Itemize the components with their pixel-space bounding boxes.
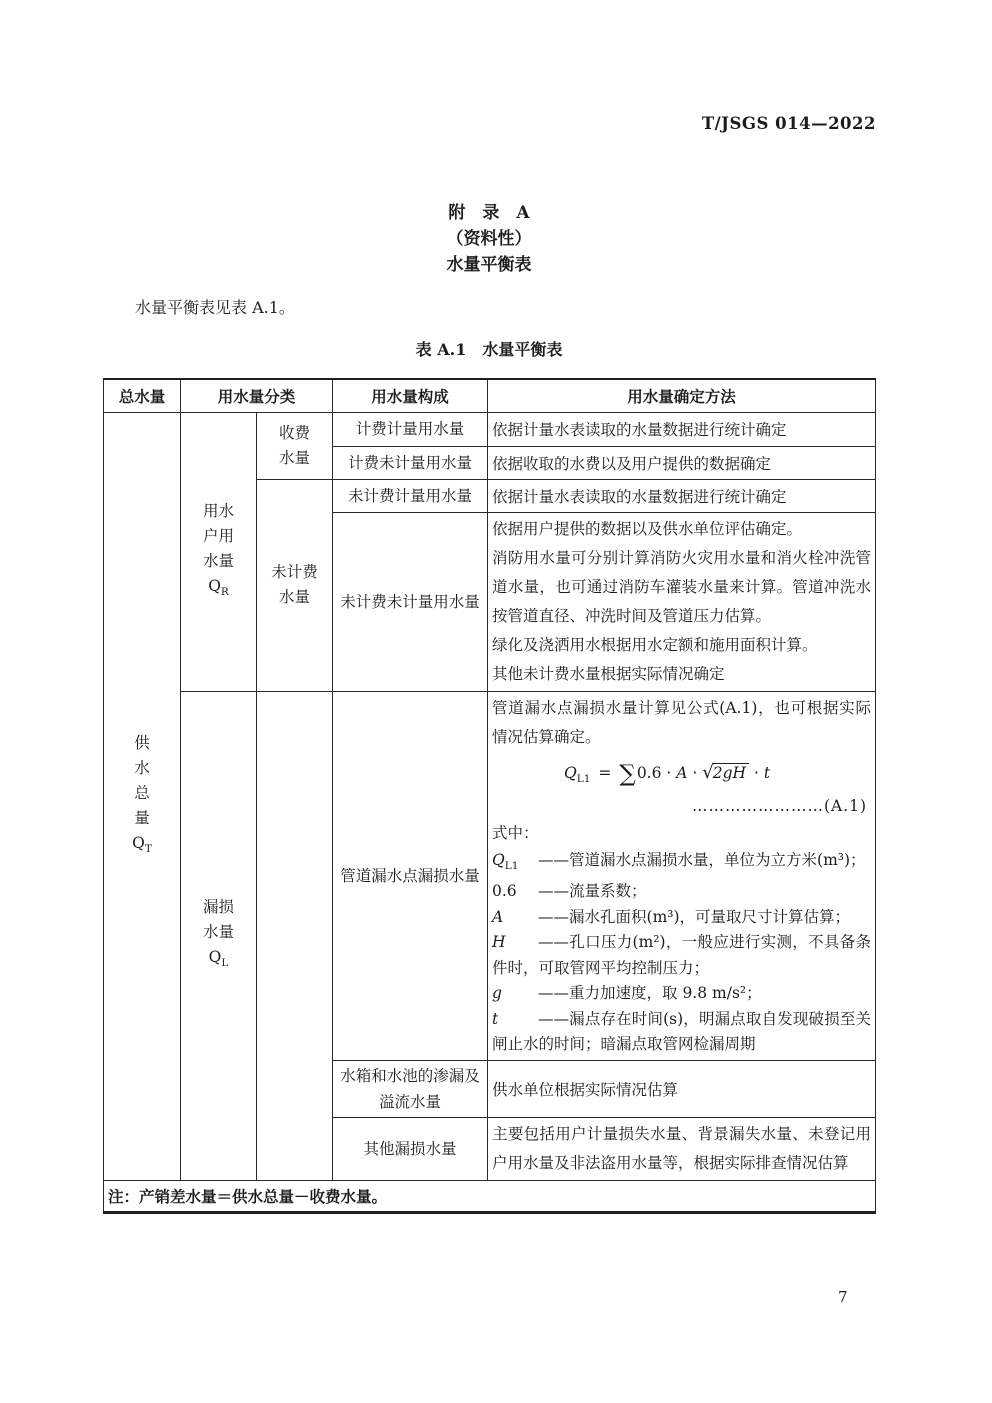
method-paragraph: 依据用户提供的数据以及供水单位评估确定。 xyxy=(492,515,871,544)
sigma-symbol: ∑ xyxy=(619,761,635,787)
user-consumption-label: 用水 户用 水量 xyxy=(185,499,252,574)
formula-intro: 管道漏水点漏损水量计算见公式(A.1)，也可根据实际情况估算确定。 xyxy=(492,694,871,752)
formula-definition: A——漏水孔面积(m³)，可量取尺寸计算估算； xyxy=(492,905,871,931)
cell-loss-spacer xyxy=(257,691,333,1180)
table-note: 注：产销差水量＝供水总量－收费水量。 xyxy=(104,1180,876,1212)
formula-a1: QL1=∑0.6 · A · √2gH · t xyxy=(564,758,871,794)
cell-method-r4: 依据用户提供的数据以及供水单位评估确定。 消防用水量可分别计算消防火灾用水量和消… xyxy=(488,512,876,691)
appendix-title-line2: （资料性） xyxy=(103,226,875,252)
total-supply-label: 供 水 总 量 xyxy=(108,731,176,831)
formula-definition: 0.6——流量系数； xyxy=(492,879,871,905)
cell-composition-r7: 其他漏损水量 xyxy=(333,1117,488,1180)
loss-water-label: 漏损 水量 xyxy=(185,895,252,945)
page-number: 7 xyxy=(838,1288,848,1306)
cell-composition-r1: 计费计量用水量 xyxy=(333,412,488,446)
note-label: 注： xyxy=(108,1187,139,1206)
intro-paragraph: 水量平衡表见表 A.1。 xyxy=(135,295,295,318)
document-page: T/JSGS 014—2022 附 录 A （资料性） 水量平衡表 水量平衡表见… xyxy=(0,0,992,1403)
formula-definition: H——孔口压力(m²)，一般应进行实测，不具备条件时，可取管网平均控制压力； xyxy=(492,930,871,981)
cell-composition-r4: 未计费未计量用水量 xyxy=(333,512,488,691)
cell-total-supply: 供 水 总 量 QT xyxy=(104,412,181,1180)
note-row: 注：产销差水量＝供水总量－收费水量。 xyxy=(104,1180,876,1212)
formula-definition: QL1——管道漏水点漏损水量，单位为立方米(m³)； xyxy=(492,848,871,880)
doc-number: T/JSGS 014—2022 xyxy=(702,114,876,133)
formula-definition: g——重力加速度，取 9.8 m/s²； xyxy=(492,981,871,1007)
note-text: 产销差水量＝供水总量－收费水量。 xyxy=(139,1187,387,1206)
cell-composition-r6: 水箱和水池的渗漏及 溢流水量 xyxy=(333,1060,488,1117)
cell-method-r6: 供水单位根据实际情况估算 xyxy=(488,1060,876,1117)
header-row: 总水量 用水量分类 用水量构成 用水量确定方法 xyxy=(104,379,876,412)
billed-water-label: 收费 水量 xyxy=(261,421,328,471)
header-total: 总水量 xyxy=(104,379,181,412)
formula-number: ……………………(A.1) xyxy=(492,794,871,818)
appendix-title: 附 录 A （资料性） 水量平衡表 xyxy=(103,200,875,278)
cell-loss-water: 漏损 水量 QL xyxy=(181,691,257,1180)
formula-definition: t——漏点存在时间(s)，明漏点取自发现破损至关闸止水的时间；暗漏点取管网检漏周… xyxy=(492,1007,871,1058)
loss-water-symbol: QL xyxy=(185,945,252,976)
method-paragraph: 绿化及浇洒用水根据用水定额和施用面积计算。 xyxy=(492,631,871,660)
cell-composition-r2: 计费未计量用水量 xyxy=(333,446,488,479)
where-label: 式中： xyxy=(492,820,871,846)
cell-composition-r5: 管道漏水点漏损水量 xyxy=(333,691,488,1060)
cell-method-r1: 依据计量水表读取的水量数据进行统计确定 xyxy=(488,412,876,446)
header-composition: 用水量构成 xyxy=(333,379,488,412)
cell-method-r5: 管道漏水点漏损水量计算见公式(A.1)，也可根据实际情况估算确定。 QL1=∑0… xyxy=(488,691,876,1060)
appendix-title-line3: 水量平衡表 xyxy=(103,252,875,278)
method-paragraph: 消防用水量可分别计算消防火灾用水量和消火栓冲洗管道水量，也可通过消防车灌装水量来… xyxy=(492,544,871,631)
user-consumption-symbol: QR xyxy=(185,574,252,605)
total-supply-symbol: QT xyxy=(108,831,176,862)
water-balance-table: 总水量 用水量分类 用水量构成 用水量确定方法 供 水 总 量 QT 用水 户用… xyxy=(103,378,876,1214)
cell-composition-r3: 未计费计量用水量 xyxy=(333,479,488,512)
appendix-title-line1: 附 录 A xyxy=(103,200,875,226)
method-paragraph: 其他未计费水量根据实际情况确定 xyxy=(492,660,871,689)
cell-method-r3: 依据计量水表读取的水量数据进行统计确定 xyxy=(488,479,876,512)
unbilled-water-label: 未计费 水量 xyxy=(261,560,328,610)
table-caption: 表 A.1 水量平衡表 xyxy=(103,337,875,360)
cell-method-r2: 依据收取的水费以及用户提供的数据确定 xyxy=(488,446,876,479)
cell-unbilled-water: 未计费 水量 xyxy=(257,479,333,691)
header-classification: 用水量分类 xyxy=(181,379,333,412)
cell-user-consumption: 用水 户用 水量 QR xyxy=(181,412,257,691)
table-row: 供 水 总 量 QT 用水 户用 水量 QR 收费 水量 计费计量用水量 依据计… xyxy=(104,412,876,446)
table-row: 漏损 水量 QL 管道漏水点漏损水量 管道漏水点漏损水量计算见公式(A.1)，也… xyxy=(104,691,876,1060)
header-method: 用水量确定方法 xyxy=(488,379,876,412)
cell-billed-water: 收费 水量 xyxy=(257,412,333,479)
cell-method-r7: 主要包括用户计量损失水量、背景漏失水量、未登记用户用水量及非法盗用水量等，根据实… xyxy=(488,1117,876,1180)
